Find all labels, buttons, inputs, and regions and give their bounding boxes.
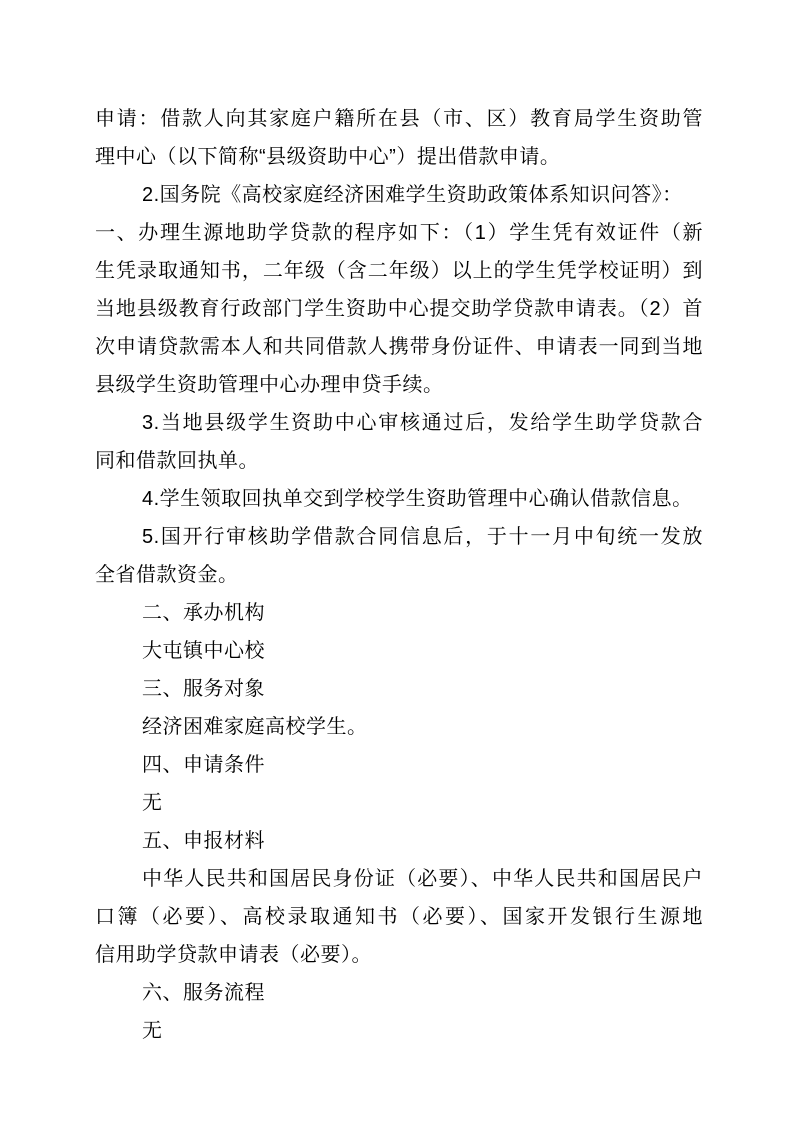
- text-line: 四、申请条件: [95, 746, 703, 784]
- paragraph: 二、承办机构: [95, 594, 703, 632]
- text-line: 信用助学贷款申请表（必要）。: [95, 936, 703, 974]
- text-line: 当地县级教育行政部门学生资助中心提交助学贷款申请表。（2）首: [95, 290, 703, 328]
- text-line: 口簿（必要）、高校录取通知书（必要）、国家开发银行生源地: [95, 898, 703, 936]
- text-line: 3.当地县级学生资助中心审核通过后，发给学生助学贷款合: [95, 404, 703, 442]
- paragraph: 3.当地县级学生资助中心审核通过后，发给学生助学贷款合同和借款回执单。: [95, 404, 703, 480]
- paragraph: 无: [95, 1012, 703, 1050]
- text-line: 生凭录取通知书，二年级（含二年级）以上的学生凭学校证明）到: [95, 252, 703, 290]
- document-content: 申请：借款人向其家庭户籍所在县（市、区）教育局学生资助管理中心（以下简称“县级资…: [95, 100, 703, 1050]
- paragraph: 申请：借款人向其家庭户籍所在县（市、区）教育局学生资助管理中心（以下简称“县级资…: [95, 100, 703, 176]
- text-line: 一、办理生源地助学贷款的程序如下：（1）学生凭有效证件（新: [95, 214, 703, 252]
- paragraph: 三、服务对象: [95, 670, 703, 708]
- text-line: 中华人民共和国居民身份证（必要）、中华人民共和国居民户: [95, 860, 703, 898]
- paragraph: 一、办理生源地助学贷款的程序如下：（1）学生凭有效证件（新生凭录取通知书，二年级…: [95, 214, 703, 404]
- paragraph: 5.国开行审核助学借款合同信息后，于十一月中旬统一发放全省借款资金。: [95, 518, 703, 594]
- text-line: 六、服务流程: [95, 974, 703, 1012]
- text-line: 次申请贷款需本人和共同借款人携带身份证件、申请表一同到当地: [95, 328, 703, 366]
- paragraph: 2.国务院《高校家庭经济困难学生资助政策体系知识问答》：: [95, 176, 703, 214]
- paragraph: 经济困难家庭高校学生。: [95, 708, 703, 746]
- text-line: 无: [95, 784, 703, 822]
- text-line: 五、申报材料: [95, 822, 703, 860]
- paragraph: 4.学生领取回执单交到学校学生资助管理中心确认借款信息。: [95, 480, 703, 518]
- text-line: 二、承办机构: [95, 594, 703, 632]
- text-line: 经济困难家庭高校学生。: [95, 708, 703, 746]
- text-line: 4.学生领取回执单交到学校学生资助管理中心确认借款信息。: [95, 480, 703, 518]
- paragraph: 无: [95, 784, 703, 822]
- text-line: 5.国开行审核助学借款合同信息后，于十一月中旬统一发放: [95, 518, 703, 556]
- text-line: 同和借款回执单。: [95, 442, 703, 480]
- text-line: 理中心（以下简称“县级资助中心”）提出借款申请。: [95, 138, 703, 176]
- text-line: 大屯镇中心校: [95, 632, 703, 670]
- paragraph: 大屯镇中心校: [95, 632, 703, 670]
- text-line: 无: [95, 1012, 703, 1050]
- text-line: 申请：借款人向其家庭户籍所在县（市、区）教育局学生资助管: [95, 100, 703, 138]
- paragraph: 中华人民共和国居民身份证（必要）、中华人民共和国居民户口簿（必要）、高校录取通知…: [95, 860, 703, 974]
- text-line: 县级学生资助管理中心办理申贷手续。: [95, 366, 703, 404]
- text-line: 全省借款资金。: [95, 556, 703, 594]
- document-page: 申请：借款人向其家庭户籍所在县（市、区）教育局学生资助管理中心（以下简称“县级资…: [0, 0, 793, 1122]
- paragraph: 六、服务流程: [95, 974, 703, 1012]
- text-line: 三、服务对象: [95, 670, 703, 708]
- paragraph: 四、申请条件: [95, 746, 703, 784]
- text-line: 2.国务院《高校家庭经济困难学生资助政策体系知识问答》：: [95, 176, 703, 214]
- paragraph: 五、申报材料: [95, 822, 703, 860]
